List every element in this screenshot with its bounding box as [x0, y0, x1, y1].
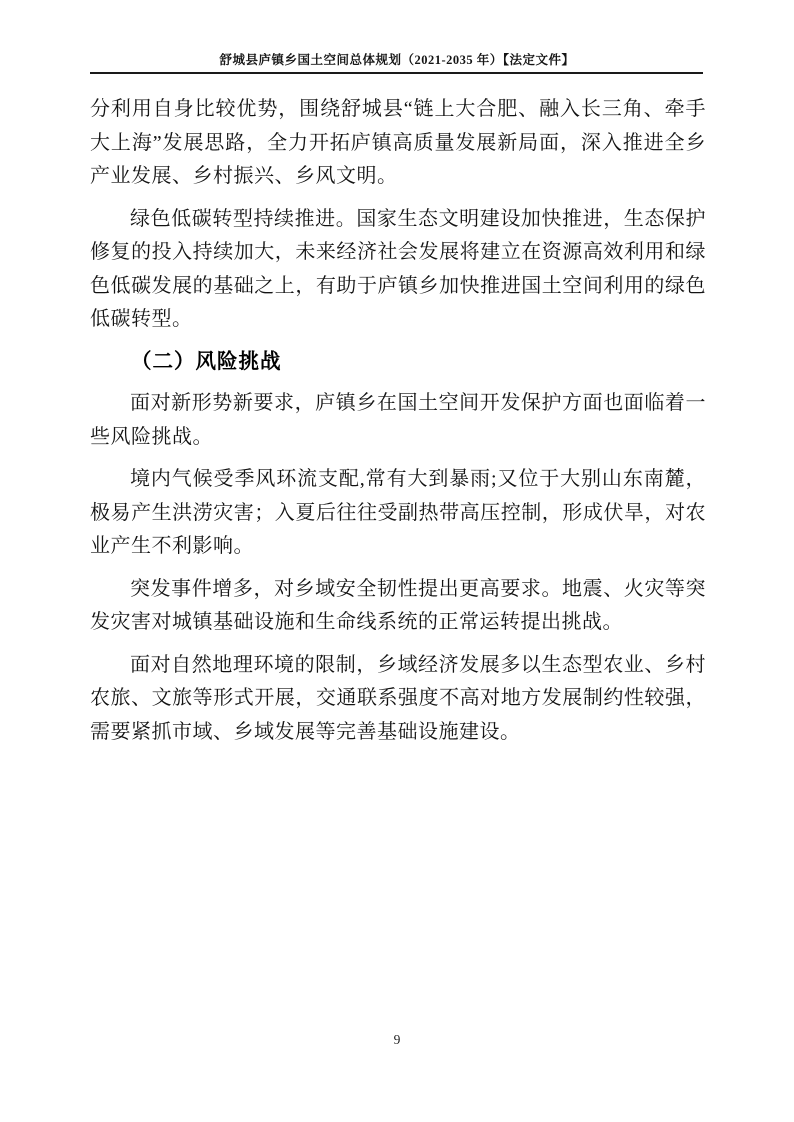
body-paragraph: 面对自然地理环境的限制，乡域经济发展多以生态型农业、乡村农旅、文旅等形式开展，交… [90, 649, 706, 750]
page-number: 9 [0, 1032, 794, 1048]
body-paragraph: 面对新形势新要求，庐镇乡在国土空间开发保护方面也面临着一些风险挑战。 [90, 387, 706, 454]
document-body: 分利用自身比较优势，围绕舒城县“链上大合肥、融入长三角、牵手大上海”发展思路，全… [90, 93, 706, 758]
header-divider-line [90, 72, 703, 74]
body-paragraph: 绿色低碳转型持续推进。国家生态文明建设加快推进，生态保护修复的投入持续加大，未来… [90, 203, 706, 337]
body-paragraph: 突发事件增多，对乡域安全韧性提出更高要求。地震、火灾等突发灾害对城镇基础设施和生… [90, 573, 706, 640]
body-paragraph: 境内气候受季风环流支配,常有大到暴雨;又位于大别山东南麓，极易产生洪涝灾害；入夏… [90, 463, 706, 564]
running-header-title: 舒城县庐镇乡国土空间总体规划（2021-2035 年）【法定文件】 [0, 50, 794, 68]
document-page: 舒城县庐镇乡国土空间总体规划（2021-2035 年）【法定文件】 分利用自身比… [0, 0, 794, 1122]
body-paragraph: 分利用自身比较优势，围绕舒城县“链上大合肥、融入长三角、牵手大上海”发展思路，全… [90, 93, 706, 194]
section-heading-risk-challenges: （二）风险挑战 [90, 346, 706, 380]
